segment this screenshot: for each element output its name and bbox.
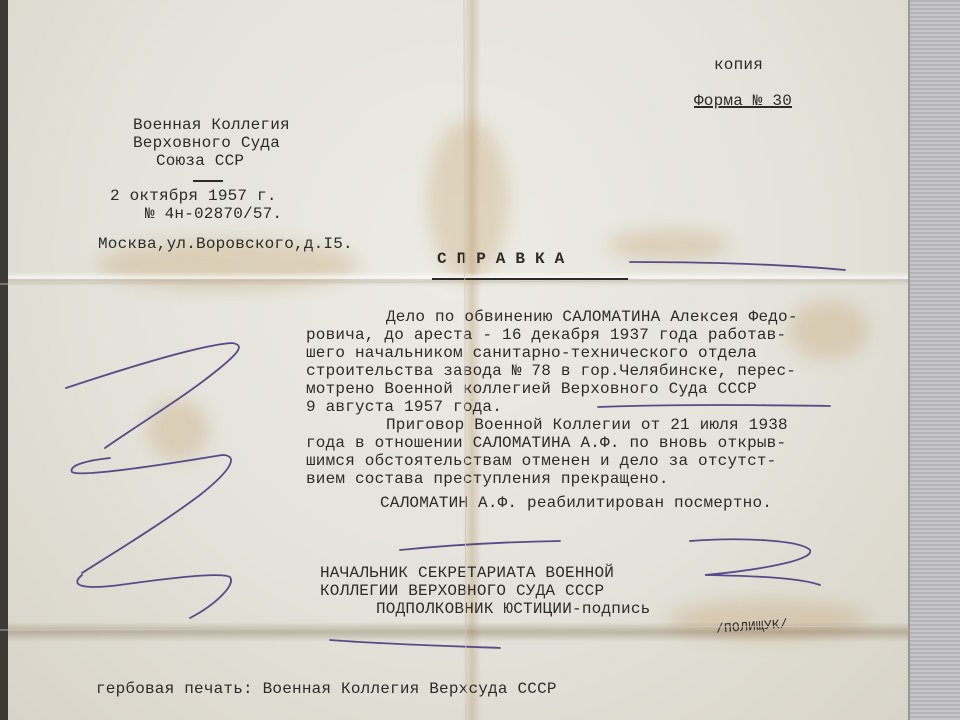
pen-strikethrough-marks xyxy=(0,0,960,720)
